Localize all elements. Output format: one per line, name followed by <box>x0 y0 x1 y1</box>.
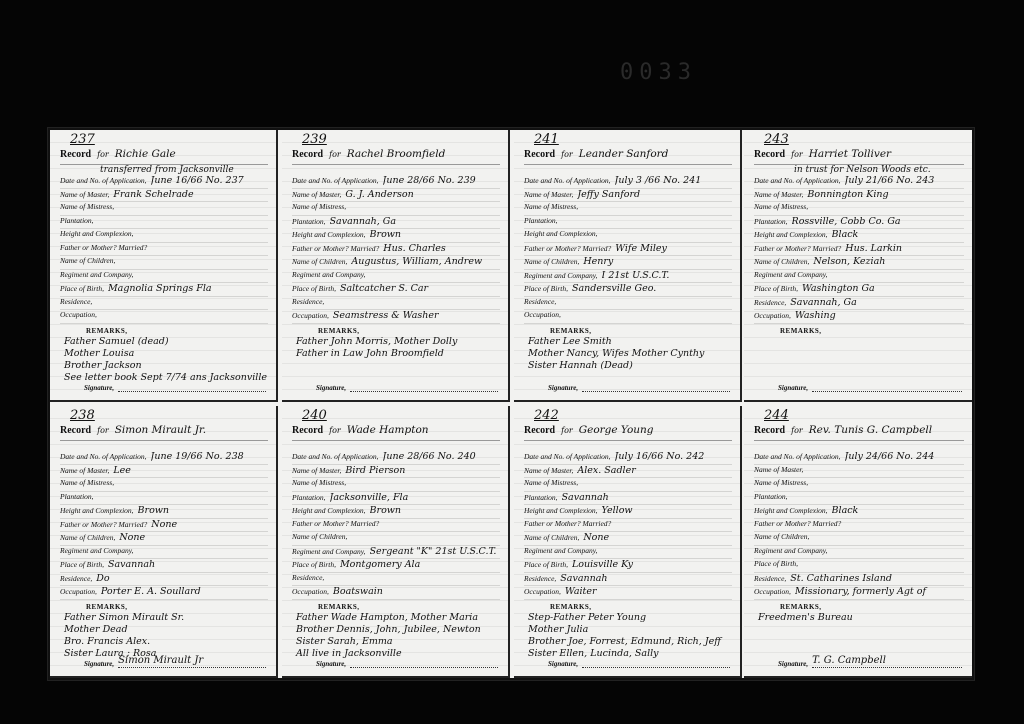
record-for-label: for <box>97 426 109 435</box>
record-note <box>332 441 500 451</box>
remarks-label: REMARKS, <box>780 603 964 611</box>
field-parents: Father or Mother? Married?None <box>60 519 268 533</box>
record-number: 244 <box>764 408 964 423</box>
field-label: Name of Mistress, <box>292 478 346 487</box>
field-master: Name of Master, <box>754 465 964 479</box>
signature-block: Signature, <box>778 379 962 392</box>
field-label: Father or Mother? Married? <box>524 519 611 528</box>
field-label: Plantation, <box>60 216 94 225</box>
field-birth: Place of Birth,Montgomery Ala <box>292 559 500 573</box>
field-occupation: Occupation, <box>524 310 732 324</box>
remark-line: Father John Morris, Mother Dolly <box>296 336 500 348</box>
field-label: Name of Master, <box>524 190 573 199</box>
signature-label: Signature, <box>548 384 578 392</box>
record-label: Record <box>292 149 323 160</box>
freedman-name: Richie Gale <box>115 148 176 160</box>
record-for-label: for <box>329 426 341 435</box>
field-label: Date and No. of Application, <box>60 176 147 185</box>
field-label: Father or Mother? Married? <box>292 244 379 253</box>
freedman-name: Leander Sanford <box>579 148 669 160</box>
field-plantation: Plantation, <box>60 216 268 230</box>
field-label: Father or Mother? Married? <box>60 243 147 252</box>
remarks-label: REMARKS, <box>318 327 500 335</box>
field-regiment: Regiment and Company, <box>292 270 500 284</box>
field-date: Date and No. of Application,June 28/66 N… <box>292 175 500 189</box>
record-card: 239 RecordforRachel Broomfield Date and … <box>282 130 510 402</box>
record-card: 244 RecordforRev. Tunis G. Campbell Date… <box>744 406 972 678</box>
field-value: Washington Ga <box>802 283 964 294</box>
field-value: Hus. Charles <box>383 243 500 254</box>
field-label: Occupation, <box>524 310 561 319</box>
record-number: 242 <box>534 408 732 423</box>
field-value: Bird Pierson <box>345 465 500 476</box>
field-value: Bonnington King <box>807 189 964 200</box>
field-residence: Residence, <box>292 573 500 587</box>
field-residence: Residence, <box>524 297 732 311</box>
record-label: Record <box>60 149 91 160</box>
field-residence: Residence,Savannah, Ga <box>754 297 964 311</box>
field-children: Name of Children, <box>60 256 268 270</box>
signature-value: T. G. Campbell <box>812 655 962 668</box>
field-label: Occupation, <box>292 311 329 320</box>
field-mistress: Name of Mistress, <box>754 202 964 216</box>
record-for-label: for <box>97 150 109 159</box>
field-children: Name of Children,Henry <box>524 256 732 270</box>
field-label: Occupation, <box>754 311 791 320</box>
field-children: Name of Children,Augustus, William, Andr… <box>292 256 500 270</box>
microfilm-frame-number: 0033 <box>620 60 697 85</box>
field-label: Occupation, <box>60 310 97 319</box>
remark-line: Mother Julia <box>528 624 732 636</box>
field-value: Brown <box>370 229 500 240</box>
record-note <box>794 441 964 451</box>
field-label: Father or Mother? Married? <box>754 244 841 253</box>
field-master: Name of Master,Alex. Sadler <box>524 465 732 479</box>
signature-block: Signature, <box>548 379 730 392</box>
field-value: Frank Schelrade <box>113 189 268 200</box>
field-label: Name of Children, <box>292 257 347 266</box>
remarks-label: REMARKS, <box>318 603 500 611</box>
field-label: Place of Birth, <box>524 284 568 293</box>
field-label: Name of Master, <box>524 466 573 475</box>
field-label: Plantation, <box>754 217 788 226</box>
field-height: Height and Complexion,Brown <box>60 505 268 519</box>
signature-label: Signature, <box>778 660 808 668</box>
field-master: Name of Master,Lee <box>60 465 268 479</box>
field-mistress: Name of Mistress, <box>292 478 500 492</box>
field-label: Height and Complexion, <box>60 229 134 238</box>
field-label: Name of Children, <box>60 533 115 542</box>
signature-block: Signature,T. G. Campbell <box>778 655 962 668</box>
field-label: Name of Mistress, <box>524 202 578 211</box>
field-label: Name of Master, <box>754 465 803 474</box>
field-value: July 24/66 No. 244 <box>845 451 964 462</box>
field-value: June 16/66 No. 237 <box>151 175 268 186</box>
freedman-name: George Young <box>579 424 654 436</box>
field-mistress: Name of Mistress, <box>292 202 500 216</box>
field-plantation: Plantation,Savannah, Ga <box>292 216 500 230</box>
field-master: Name of Master,Jeffy Sanford <box>524 189 732 203</box>
record-note: transferred from Jacksonville <box>100 165 268 175</box>
field-date: Date and No. of Application,July 3 /66 N… <box>524 175 732 189</box>
record-heading: RecordforWade Hampton <box>292 424 500 441</box>
record-number: 239 <box>302 132 500 147</box>
field-label: Plantation, <box>754 492 788 501</box>
field-label: Name of Children, <box>524 533 579 542</box>
field-label: Regiment and Company, <box>524 546 598 555</box>
field-value: July 3 /66 No. 241 <box>615 175 732 186</box>
record-card: 241 RecordforLeander Sanford Date and No… <box>514 130 742 402</box>
remarks-label: REMARKS, <box>86 327 268 335</box>
field-plantation: Plantation,Rossville, Cobb Co. Ga <box>754 216 964 230</box>
field-parents: Father or Mother? Married?Hus. Charles <box>292 243 500 257</box>
record-number: 241 <box>534 132 732 147</box>
field-label: Height and Complexion, <box>754 506 828 515</box>
field-master: Name of Master,G. J. Anderson <box>292 189 500 203</box>
field-height: Height and Complexion,Black <box>754 505 964 519</box>
field-label: Residence, <box>292 573 324 582</box>
field-occupation: Occupation, <box>60 310 268 324</box>
field-label: Name of Mistress, <box>754 478 808 487</box>
field-label: Height and Complexion, <box>60 506 134 515</box>
field-label: Date and No. of Application, <box>60 452 147 461</box>
field-label: Father or Mother? Married? <box>524 244 611 253</box>
remark-line: Brother Joe, Forrest, Edmund, Rich, Jeff <box>528 636 732 648</box>
field-residence: Residence,Do <box>60 573 268 587</box>
signature-value <box>350 379 498 392</box>
field-label: Date and No. of Application, <box>292 452 379 461</box>
field-plantation: Plantation, <box>60 492 268 506</box>
field-label: Regiment and Company, <box>524 271 598 280</box>
field-value: Wife Miley <box>615 243 732 254</box>
field-value: Waiter <box>565 586 732 597</box>
remark-line: Sister Hannah (Dead) <box>528 360 732 372</box>
remark-line: Father in Law John Broomfield <box>296 348 500 360</box>
field-value: Yellow <box>602 505 732 516</box>
field-regiment: Regiment and Company, <box>524 546 732 560</box>
field-residence: Residence, <box>60 297 268 311</box>
field-label: Date and No. of Application, <box>754 176 841 185</box>
field-value: Montgomery Ala <box>340 559 500 570</box>
field-date: Date and No. of Application,July 21/66 N… <box>754 175 964 189</box>
field-value: June 28/66 No. 240 <box>383 451 500 462</box>
record-for-label: for <box>561 150 573 159</box>
field-value: Sandersville Geo. <box>572 283 732 294</box>
field-label: Height and Complexion, <box>754 230 828 239</box>
field-label: Name of Children, <box>754 532 809 541</box>
field-height: Height and Complexion, <box>60 229 268 243</box>
record-heading: RecordforLeander Sanford <box>524 148 732 165</box>
record-label: Record <box>754 425 785 436</box>
record-label: Record <box>754 149 785 160</box>
field-plantation: Plantation, <box>524 216 732 230</box>
record-number: 238 <box>70 408 268 423</box>
field-value: July 21/66 No. 243 <box>845 175 964 186</box>
field-mistress: Name of Mistress, <box>60 478 268 492</box>
remark-line: Father Simon Mirault Sr. <box>64 612 268 624</box>
record-card: 243 RecordforHarriet Tolliver in trust f… <box>744 130 972 402</box>
signature-label: Signature, <box>84 384 114 392</box>
field-label: Place of Birth, <box>292 284 336 293</box>
field-label: Residence, <box>754 574 786 583</box>
freedman-name: Simon Mirault Jr. <box>115 424 206 436</box>
field-parents: Father or Mother? Married? <box>60 243 268 257</box>
remark-line: Brother Dennis, John, Jubilee, Newton <box>296 624 500 636</box>
field-label: Regiment and Company, <box>60 270 134 279</box>
field-value: Augustus, William, Andrew <box>351 256 500 267</box>
field-label: Place of Birth, <box>754 559 798 568</box>
field-label: Place of Birth, <box>292 560 336 569</box>
record-number: 237 <box>70 132 268 147</box>
field-label: Place of Birth, <box>754 284 798 293</box>
field-value: G. J. Anderson <box>345 189 500 200</box>
field-label: Plantation, <box>524 493 558 502</box>
field-plantation: Plantation,Savannah <box>524 492 732 506</box>
remark-line: Step-Father Peter Young <box>528 612 732 624</box>
field-label: Place of Birth, <box>60 560 104 569</box>
field-label: Regiment and Company, <box>754 270 828 279</box>
field-height: Height and Complexion, <box>524 229 732 243</box>
field-label: Residence, <box>524 574 556 583</box>
field-value: Savannah, Ga <box>790 297 964 308</box>
field-value: Savannah, Ga <box>330 216 500 227</box>
field-label: Residence, <box>60 297 92 306</box>
field-occupation: Occupation,Seamstress & Washer <box>292 310 500 324</box>
field-occupation: Occupation,Waiter <box>524 586 732 600</box>
field-children: Name of Children,Nelson, Keziah <box>754 256 964 270</box>
field-height: Height and Complexion,Yellow <box>524 505 732 519</box>
field-children: Name of Children,None <box>60 532 268 546</box>
field-value: Black <box>832 505 964 516</box>
field-label: Occupation, <box>524 587 561 596</box>
field-label: Residence, <box>754 298 786 307</box>
field-label: Height and Complexion, <box>524 229 598 238</box>
register-page: 237 RecordforRichie Gale transferred fro… <box>48 128 974 680</box>
signature-block: Signature,Simon Mirault Jr <box>84 655 266 668</box>
field-value: Savannah <box>108 559 268 570</box>
remark-line: Mother Louisa <box>64 348 268 360</box>
field-value: June 19/66 No. 238 <box>151 451 268 462</box>
record-note <box>100 441 268 451</box>
signature-value <box>812 379 962 392</box>
field-label: Name of Mistress, <box>292 202 346 211</box>
field-parents: Father or Mother? Married? <box>754 519 964 533</box>
field-label: Date and No. of Application, <box>754 452 841 461</box>
remarks-label: REMARKS, <box>550 603 732 611</box>
field-birth: Place of Birth, <box>754 559 964 573</box>
field-value: Savannah <box>560 573 732 584</box>
field-label: Plantation, <box>292 493 326 502</box>
record-note <box>564 165 732 175</box>
field-value: Hus. Larkin <box>845 243 964 254</box>
record-for-label: for <box>791 426 803 435</box>
field-regiment: Regiment and Company, <box>60 546 268 560</box>
freedman-name: Harriet Tolliver <box>809 148 891 160</box>
record-for-label: for <box>329 150 341 159</box>
signature-block: Signature, <box>316 655 498 668</box>
field-label: Occupation, <box>292 587 329 596</box>
field-plantation: Plantation, <box>754 492 964 506</box>
signature-value <box>118 379 266 392</box>
remarks-label: REMARKS, <box>550 327 732 335</box>
field-height: Height and Complexion,Black <box>754 229 964 243</box>
field-height: Height and Complexion,Brown <box>292 229 500 243</box>
field-value: Missionary, formerly Agt of <box>795 586 964 597</box>
field-children: Name of Children, <box>754 532 964 546</box>
field-value: June 28/66 No. 239 <box>383 175 500 186</box>
field-parents: Father or Mother? Married?Wife Miley <box>524 243 732 257</box>
remark-line: Mother Dead <box>64 624 268 636</box>
record-label: Record <box>524 149 555 160</box>
remark-line: Freedmen's Bureau <box>758 612 964 624</box>
field-occupation: Occupation,Porter E. A. Soullard <box>60 586 268 600</box>
field-label: Name of Master, <box>754 190 803 199</box>
remark-line: Mother Nancy, Wifes Mother Cynthy <box>528 348 732 360</box>
field-label: Name of Children, <box>754 257 809 266</box>
record-note: in trust for Nelson Woods etc. <box>794 165 964 175</box>
field-value: Jacksonville, Fla <box>330 492 500 503</box>
record-heading: RecordforRev. Tunis G. Campbell <box>754 424 964 441</box>
signature-value <box>582 379 730 392</box>
field-value: Lee <box>113 465 268 476</box>
field-label: Regiment and Company, <box>60 546 134 555</box>
field-date: Date and No. of Application,July 16/66 N… <box>524 451 732 465</box>
field-label: Occupation, <box>60 587 97 596</box>
field-birth: Place of Birth,Louisville Ky <box>524 559 732 573</box>
record-for-label: for <box>561 426 573 435</box>
field-value: I 21st U.S.C.T. <box>602 270 732 281</box>
remarks-label: REMARKS, <box>780 327 964 335</box>
field-regiment: Regiment and Company, <box>60 270 268 284</box>
field-value: Saltcatcher S. Car <box>340 283 500 294</box>
signature-block: Signature, <box>548 655 730 668</box>
record-for-label: for <box>791 150 803 159</box>
field-label: Regiment and Company, <box>292 547 366 556</box>
signature-label: Signature, <box>316 660 346 668</box>
field-master: Name of Master,Frank Schelrade <box>60 189 268 203</box>
record-heading: RecordforRichie Gale <box>60 148 268 165</box>
record-label: Record <box>60 425 91 436</box>
field-label: Date and No. of Application, <box>292 176 379 185</box>
record-heading: RecordforSimon Mirault Jr. <box>60 424 268 441</box>
field-label: Plantation, <box>524 216 558 225</box>
record-label: Record <box>292 425 323 436</box>
field-label: Name of Mistress, <box>754 202 808 211</box>
field-value: Rossville, Cobb Co. Ga <box>792 216 964 227</box>
record-note <box>332 165 500 175</box>
field-value: Do <box>96 573 268 584</box>
field-label: Name of Children, <box>60 256 115 265</box>
field-value: Seamstress & Washer <box>333 310 500 321</box>
field-label: Height and Complexion, <box>292 230 366 239</box>
field-label: Name of Master, <box>292 190 341 199</box>
field-children: Name of Children, <box>292 532 500 546</box>
field-value: Washing <box>795 310 964 321</box>
field-date: Date and No. of Application,June 16/66 N… <box>60 175 268 189</box>
field-value: Black <box>832 229 964 240</box>
field-parents: Father or Mother? Married? <box>292 519 500 533</box>
field-label: Plantation, <box>292 217 326 226</box>
signature-block: Signature, <box>84 379 266 392</box>
field-master: Name of Master,Bird Pierson <box>292 465 500 479</box>
field-label: Regiment and Company, <box>292 270 366 279</box>
field-regiment: Regiment and Company,I 21st U.S.C.T. <box>524 270 732 284</box>
field-label: Name of Master, <box>60 466 109 475</box>
field-label: Father or Mother? Married? <box>60 520 147 529</box>
field-mistress: Name of Mistress, <box>754 478 964 492</box>
field-label: Place of Birth, <box>60 284 104 293</box>
field-value: Nelson, Keziah <box>813 256 964 267</box>
record-card: 240 RecordforWade Hampton Date and No. o… <box>282 406 510 678</box>
remark-line: Sister Sarah, Emma <box>296 636 500 648</box>
record-label: Record <box>524 425 555 436</box>
field-value: Sergeant "K" 21st U.S.C.T. <box>370 546 500 557</box>
field-label: Name of Children, <box>292 532 347 541</box>
field-residence: Residence,St. Catharines Island <box>754 573 964 587</box>
field-label: Place of Birth, <box>524 560 568 569</box>
field-date: Date and No. of Application,June 19/66 N… <box>60 451 268 465</box>
field-label: Residence, <box>524 297 556 306</box>
freedman-name: Rev. Tunis G. Campbell <box>809 424 932 436</box>
field-birth: Place of Birth,Savannah <box>60 559 268 573</box>
field-value: Louisville Ky <box>572 559 732 570</box>
field-date: Date and No. of Application,June 28/66 N… <box>292 451 500 465</box>
record-note <box>564 441 732 451</box>
field-label: Name of Master, <box>292 466 341 475</box>
field-residence: Residence, <box>292 297 500 311</box>
field-children: Name of Children,None <box>524 532 732 546</box>
signature-label: Signature, <box>316 384 346 392</box>
record-heading: RecordforGeorge Young <box>524 424 732 441</box>
field-value: Brown <box>138 505 268 516</box>
field-mistress: Name of Mistress, <box>60 202 268 216</box>
field-value: St. Catharines Island <box>790 573 964 584</box>
field-mistress: Name of Mistress, <box>524 478 732 492</box>
field-label: Height and Complexion, <box>524 506 598 515</box>
field-label: Date and No. of Application, <box>524 176 611 185</box>
field-mistress: Name of Mistress, <box>524 202 732 216</box>
field-birth: Place of Birth,Magnolia Springs Fla <box>60 283 268 297</box>
field-label: Name of Children, <box>524 257 579 266</box>
field-label: Residence, <box>60 574 92 583</box>
field-label: Occupation, <box>754 587 791 596</box>
record-number: 240 <box>302 408 500 423</box>
field-plantation: Plantation,Jacksonville, Fla <box>292 492 500 506</box>
field-label: Date and No. of Application, <box>524 452 611 461</box>
signature-label: Signature, <box>548 660 578 668</box>
field-value: None <box>583 532 732 543</box>
field-value: Alex. Sadler <box>577 465 732 476</box>
field-birth: Place of Birth,Sandersville Geo. <box>524 283 732 297</box>
field-value: None <box>119 532 268 543</box>
remark-line: Father Samuel (dead) <box>64 336 268 348</box>
record-card: 238 RecordforSimon Mirault Jr. Date and … <box>50 406 278 678</box>
field-label: Name of Mistress, <box>524 478 578 487</box>
freedman-name: Rachel Broomfield <box>347 148 446 160</box>
field-value: Savannah <box>562 492 732 503</box>
field-label: Height and Complexion, <box>292 506 366 515</box>
record-card: 237 RecordforRichie Gale transferred fro… <box>50 130 278 402</box>
field-label: Father or Mother? Married? <box>754 519 841 528</box>
remark-line: Bro. Francis Alex. <box>64 636 268 648</box>
signature-value <box>350 655 498 668</box>
signature-label: Signature, <box>84 660 114 668</box>
signature-label: Signature, <box>778 384 808 392</box>
field-master: Name of Master,Bonnington King <box>754 189 964 203</box>
field-parents: Father or Mother? Married?Hus. Larkin <box>754 243 964 257</box>
field-birth: Place of Birth,Saltcatcher S. Car <box>292 283 500 297</box>
field-value: July 16/66 No. 242 <box>615 451 732 462</box>
